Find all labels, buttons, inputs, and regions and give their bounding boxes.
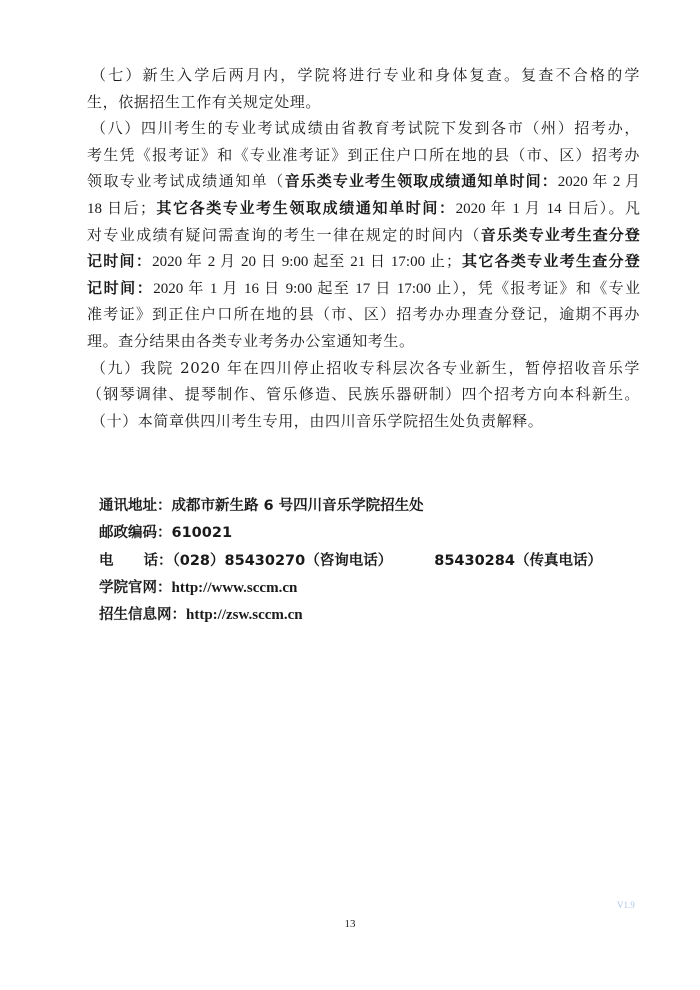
bold-review-time-label: 记时间： [87, 279, 153, 297]
paragraph-9-line-2: （钢琴调律、提琴制作、管乐修造、民族乐器研制）四个招考方向本科新生。 [87, 381, 640, 408]
text-segment: 2020 年 1 月 14 日后）。凡 [456, 201, 640, 217]
text-segment: 对专业成绩有疑问需查询的考生一律在规定的时间内（ [87, 226, 481, 244]
contact-info-block: 通讯地址：成都市新生路 6 号四川音乐学院招生处 邮政编码：610021 电话：… [99, 493, 639, 629]
paragraph-7-line-1: （七）新生入学后两月内，学院将进行专业和身体复查。复查不合格的学 [81, 62, 640, 89]
contact-postcode: 邮政编码：610021 [99, 520, 639, 547]
paragraph-8-line-7: 记时间：2020 年 1 月 16 日 9:00 起至 17 日 17:00 止… [87, 275, 640, 302]
paragraph-9-line-1: （九）我院 2020 年在四川停止招收专科层次各专业新生，暂停招收音乐学 [81, 355, 640, 382]
consult-phone-note: （咨询电话） [305, 553, 392, 569]
bold-music-review-label: 音乐类专业考生查分登 [481, 226, 640, 244]
paragraph-8-line-5: 对专业成绩有疑问需查询的考生一律在规定的时间内（音乐类专业考生查分登 [87, 222, 640, 249]
paragraph-7-line-2: 生，依据招生工作有关规定处理。 [87, 89, 640, 116]
text-segment: 领取专业考试成绩通知单（ [87, 172, 285, 190]
text-segment: 18 日后； [87, 201, 155, 217]
paragraph-8-line-8: 准考证》到正住户口所在地的县（市、区）招考办办理查分登记，逾期不再办 [87, 301, 640, 328]
fax-phone-note: （传真电话） [515, 553, 602, 569]
paragraph-8-line-1: （八）四川考生的专业考试成绩由省教育考试院下发到各市（州）招考办， [81, 115, 640, 142]
version-watermark: V1.9 [617, 900, 635, 910]
paragraph-8-line-6: 记时间：2020 年 2 月 20 日 9:00 起至 21 日 17:00 止… [87, 248, 640, 275]
contact-phone: 电话：（028）85430270（咨询电话）85430284（传真电话） [99, 548, 639, 575]
postcode-label: 邮政编码： [99, 525, 172, 541]
bold-review-time-label: 记时间： [87, 252, 152, 270]
website-link[interactable]: http://www.sccm.cn [172, 580, 298, 596]
fax-phone-number: 85430284 [434, 553, 515, 569]
paragraph-8-line-2: 考生凭《报考证》和《专业准考证》到正住户口所在地的县（市、区）招考办 [87, 142, 640, 169]
page-number: 13 [0, 918, 700, 930]
bold-other-review-label: 其它各类专业考生查分登 [461, 252, 640, 270]
consult-phone-number: （028）85430270 [173, 553, 306, 569]
address-value: 成都市新生路 6 号四川音乐学院招生处 [172, 498, 424, 514]
contact-address: 通讯地址：成都市新生路 6 号四川音乐学院招生处 [99, 493, 639, 520]
text-segment: 2020 年 2 月 [558, 174, 640, 190]
admission-site-link[interactable]: http://zsw.sccm.cn [186, 607, 303, 623]
bold-other-results-time-label: 其它各类专业考生领取成绩通知单时间： [155, 199, 456, 217]
phone-label-char-1: 电 [99, 553, 114, 569]
bold-music-results-time-label: 音乐类专业考生领取成绩通知单时间： [285, 172, 558, 190]
contact-admission-site: 招生信息网：http://zsw.sccm.cn [99, 602, 639, 629]
text-segment: 2020 年 1 月 16 日 9:00 起至 17 日 17:00 止），凭《… [153, 281, 640, 297]
paragraph-8-line-3: 领取专业考试成绩通知单（音乐类专业考生领取成绩通知单时间：2020 年 2 月 [87, 168, 640, 195]
postcode-value: 610021 [172, 525, 233, 541]
address-label: 通讯地址： [99, 498, 172, 514]
document-page: （七）新生入学后两月内，学院将进行专业和身体复查。复查不合格的学 生，依据招生工… [0, 0, 700, 990]
phone-label-char-2: 话： [144, 553, 173, 569]
admission-site-label: 招生信息网： [99, 607, 186, 623]
paragraph-10-line-1: （十）本简章供四川考生专用，由四川音乐学院招生处负责解释。 [81, 408, 640, 435]
paragraph-8-line-4: 18 日后；其它各类专业考生领取成绩通知单时间：2020 年 1 月 14 日后… [87, 195, 640, 222]
contact-website: 学院官网：http://www.sccm.cn [99, 575, 639, 602]
website-label: 学院官网： [99, 580, 172, 596]
paragraph-8-line-9: 理。查分结果由各类专业考务办公室通知考生。 [87, 328, 640, 355]
text-segment: 2020 年 2 月 20 日 9:00 起至 21 日 17:00 止； [152, 254, 461, 270]
document-body: （七）新生入学后两月内，学院将进行专业和身体复查。复查不合格的学 生，依据招生工… [87, 62, 640, 434]
